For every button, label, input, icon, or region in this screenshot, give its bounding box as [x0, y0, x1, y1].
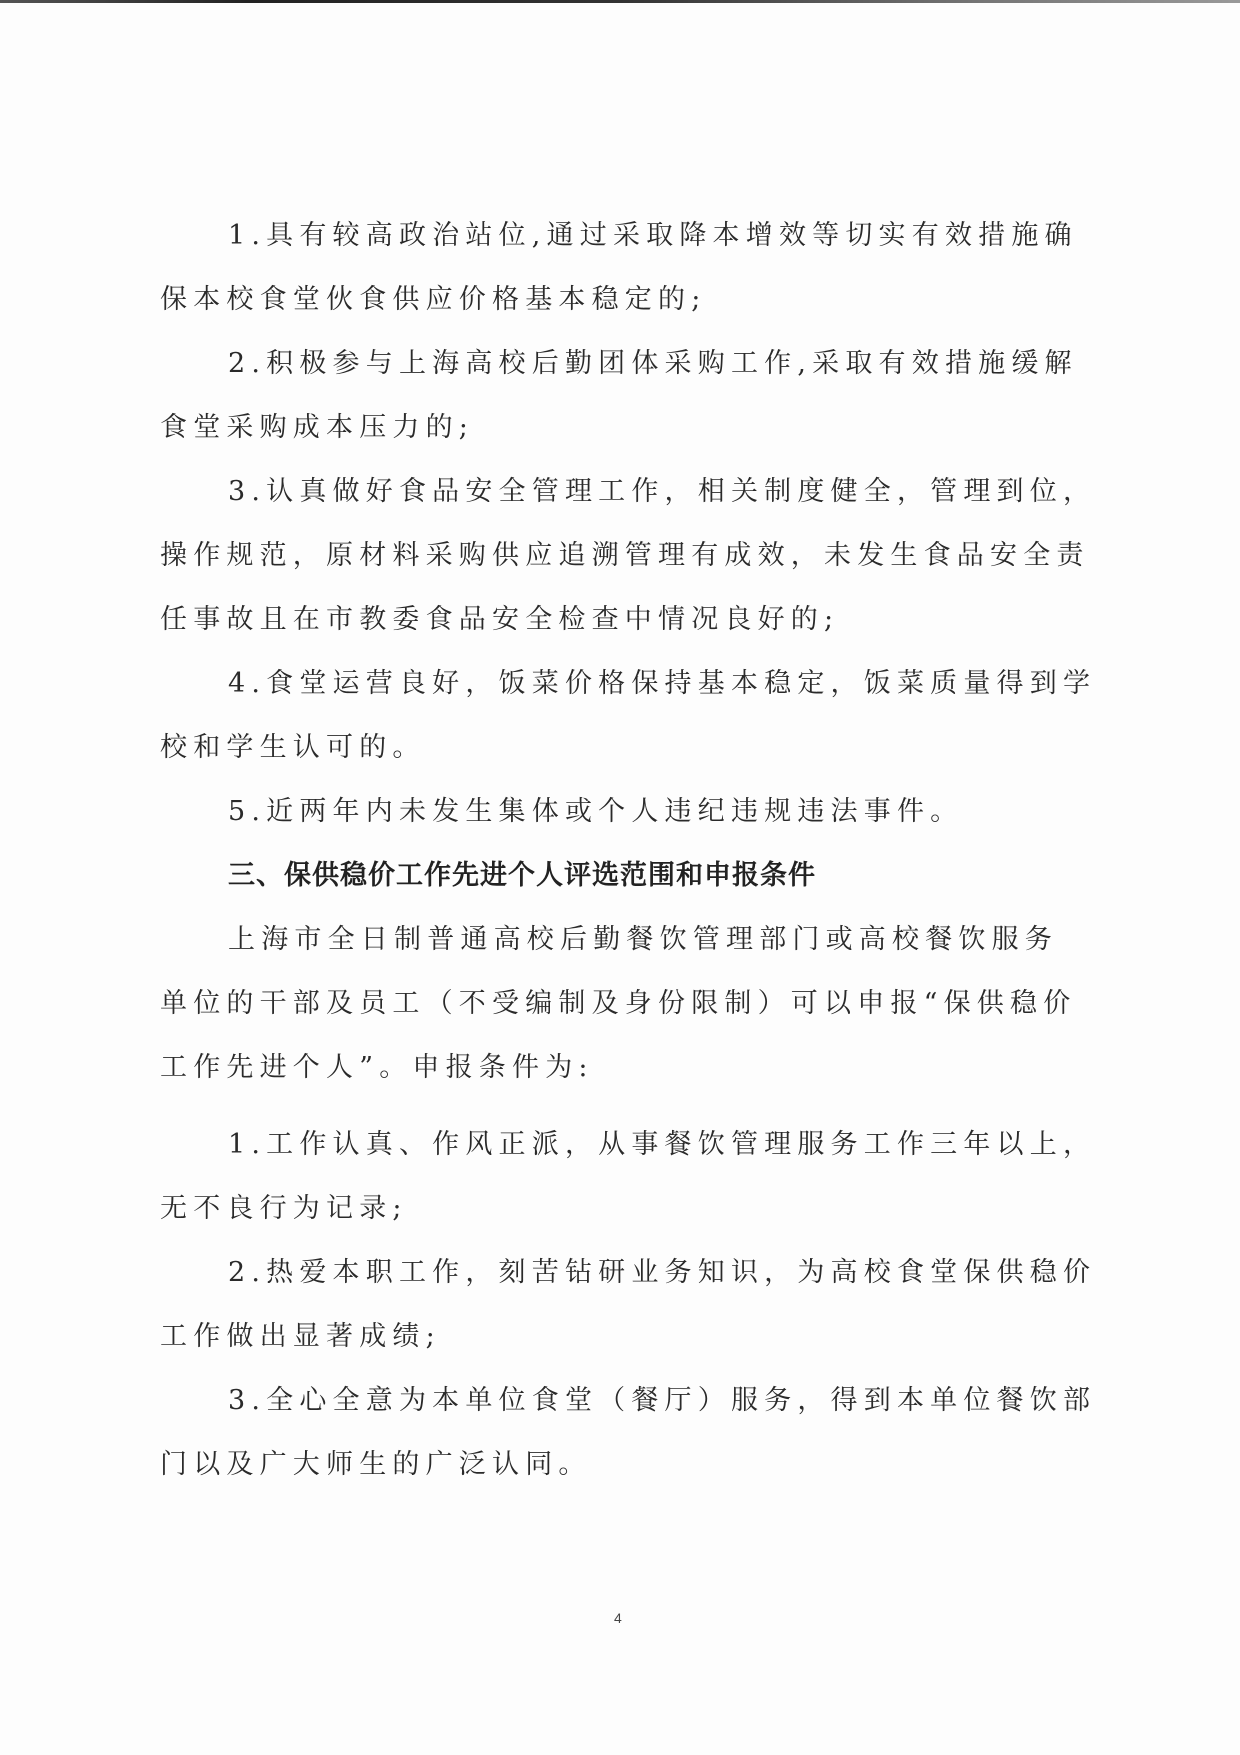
individual-criteria-1-line-2: 无不良行为记录; — [160, 1189, 1080, 1229]
individual-criteria-1-line-1: 1.工作认真、作风正派，从事餐饮管理服务工作三年以上， — [228, 1125, 1148, 1165]
criteria-4-line-2: 校和学生认可的。 — [160, 728, 1080, 768]
scope-line-2: 单位的干部及员工（不受编制及身份限制）可以申报“保供稳价 — [160, 984, 1080, 1024]
individual-criteria-3-line-1: 3.全心全意为本单位食堂（餐厅）服务，得到本单位餐饮部 — [228, 1381, 1148, 1421]
individual-criteria-2-line-2: 工作做出显著成绩; — [160, 1317, 1080, 1357]
document-page: 1.具有较高政治站位,通过采取降本增效等切实有效措施确 保本校食堂伙食供应价格基… — [0, 0, 1240, 1755]
scope-line-1: 上海市全日制普通高校后勤餐饮管理部门或高校餐饮服务 — [228, 920, 1148, 960]
individual-criteria-3-line-2: 门以及广大师生的广泛认同。 — [160, 1445, 1080, 1485]
section-heading: 三、保供稳价工作先进个人评选范围和申报条件 — [228, 856, 816, 896]
scope-line-3: 工作先进个人”。申报条件为: — [160, 1048, 1080, 1088]
criteria-1-line-1: 1.具有较高政治站位,通过采取降本增效等切实有效措施确 — [228, 216, 1148, 256]
page-number: 4 — [614, 1610, 622, 1626]
individual-criteria-2-line-1: 2.热爱本职工作，刻苦钻研业务知识，为高校食堂保供稳价 — [228, 1253, 1148, 1293]
criteria-2-line-1: 2.积极参与上海高校后勤团体采购工作,采取有效措施缓解 — [228, 344, 1148, 384]
criteria-3-line-1: 3.认真做好食品安全管理工作，相关制度健全，管理到位， — [228, 472, 1148, 512]
criteria-2-line-2: 食堂采购成本压力的; — [160, 408, 1080, 448]
criteria-4-line-1: 4.食堂运营良好，饭菜价格保持基本稳定，饭菜质量得到学 — [228, 664, 1148, 704]
criteria-5-line-1: 5.近两年内未发生集体或个人违纪违规违法事件。 — [228, 792, 1148, 832]
criteria-1-line-2: 保本校食堂伙食供应价格基本稳定的; — [160, 280, 1080, 320]
criteria-3-line-3: 任事故且在市教委食品安全检查中情况良好的; — [160, 600, 1080, 640]
criteria-3-line-2: 操作规范，原材料采购供应追溯管理有成效，未发生食品安全责 — [160, 536, 1080, 576]
